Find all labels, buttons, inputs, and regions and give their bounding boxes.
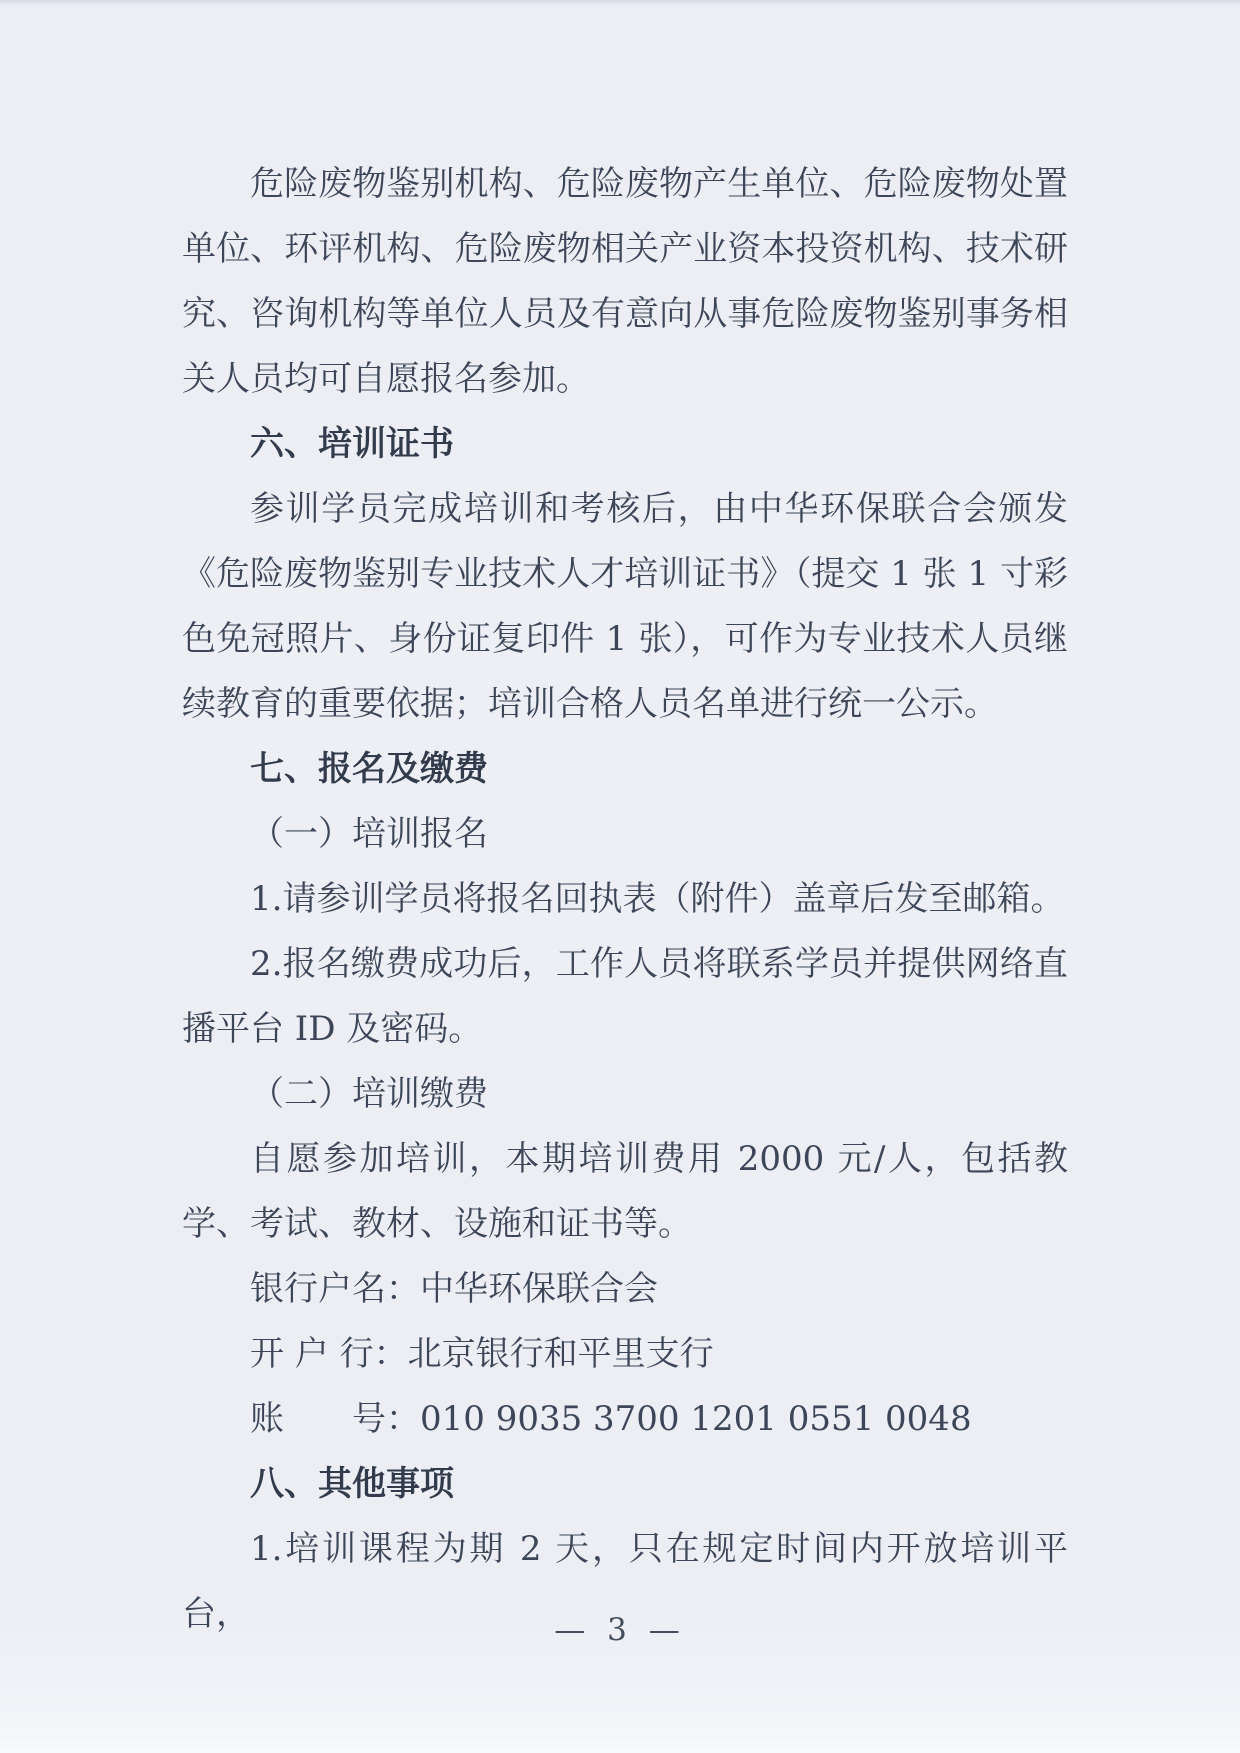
paragraph-eligibility: 危险废物鉴别机构、危险废物产生单位、危险废物处置单位、环评机构、危险废物相关产业… [182, 152, 1068, 412]
page-number: — 3 — [0, 1612, 1240, 1648]
heading-training-certificate: 六、培训证书 [182, 412, 1068, 477]
line-bank-account-name: 银行户名：中华环保联合会 [182, 1257, 1068, 1322]
subheading-training-payment: （二）培训缴费 [182, 1062, 1068, 1127]
line-bank-branch: 开 户 行：北京银行和平里支行 [182, 1322, 1068, 1387]
paragraph-training-fee: 自愿参加培训，本期培训费用 2000 元/人，包括教学、考试、教材、设施和证书等… [182, 1127, 1068, 1257]
heading-registration-and-payment: 七、报名及缴费 [182, 737, 1068, 802]
line-account-number: 账 号：010 9035 3700 1201 0551 0048 [182, 1387, 1068, 1452]
subheading-training-registration: （一）培训报名 [182, 802, 1068, 867]
scan-top-edge [0, 0, 1240, 5]
paragraph-registration-step-1: 1.请参训学员将报名回执表（附件）盖章后发至邮箱。 [182, 867, 1068, 932]
paragraph-certificate: 参训学员完成培训和考核后，由中华环保联合会颁发《危险废物鉴别专业技术人才培训证书… [182, 477, 1068, 737]
paragraph-registration-step-2: 2.报名缴费成功后，工作人员将联系学员并提供网络直播平台 ID 及密码。 [182, 932, 1068, 1062]
heading-other-matters: 八、其他事项 [182, 1452, 1068, 1517]
document-page: 危险废物鉴别机构、危险废物产生单位、危险废物处置单位、环评机构、危险废物相关产业… [182, 152, 1068, 1647]
